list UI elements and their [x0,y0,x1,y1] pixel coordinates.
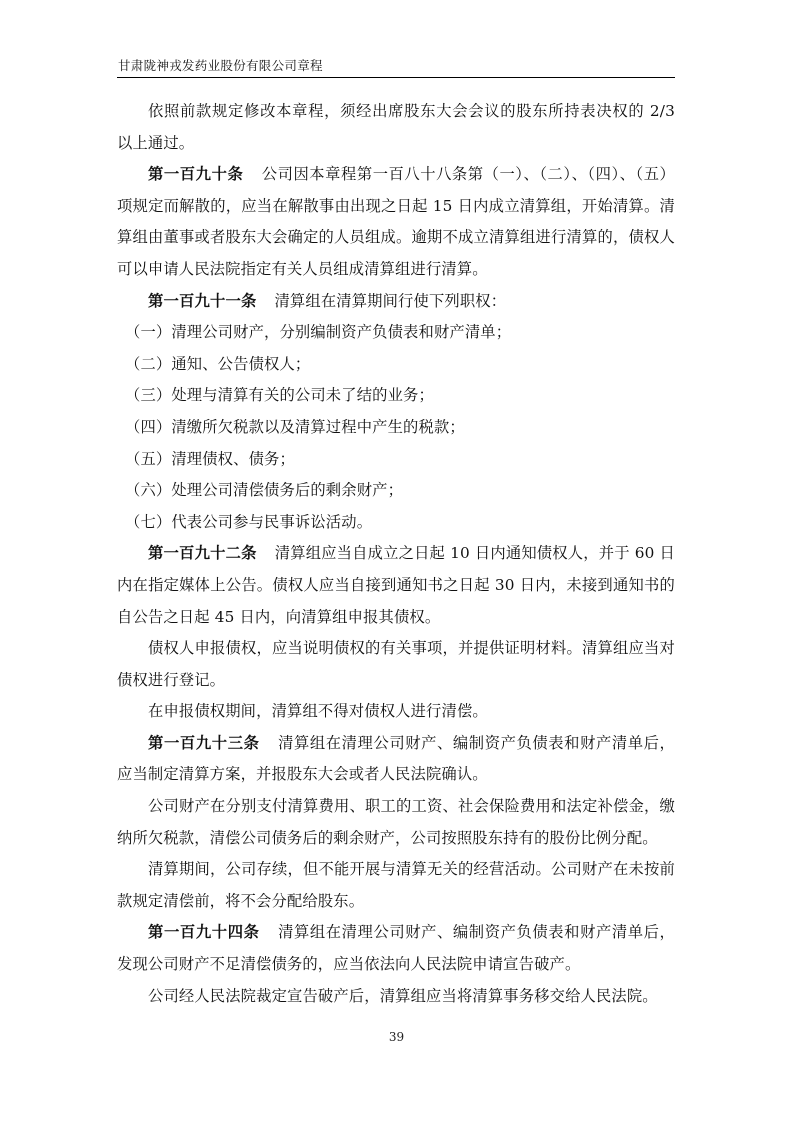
paragraph-liquidation-period: 清算期间，公司存续，但不能开展与清算无关的经营活动。公司财产在未按前款规定清偿前… [117,854,675,917]
paragraph-asset-distribution: 公司财产在分别支付清算费用、职工的工资、社会保险费用和法定补偿金，缴纳所欠税款，… [117,791,675,854]
list-item: （四）清缴所欠税款以及清算过程中产生的税款； [117,412,675,444]
list-item: （二）通知、公告债权人； [117,349,675,381]
page-number: 39 [0,1030,793,1044]
paragraph-claim-declaration: 债权人申报债权，应当说明债权的有关事项，并提供证明材料。清算组应当对债权进行登记… [117,633,675,696]
article-190: 第一百九十条公司因本章程第一百八十八条第（一）、（二）、（四）、（五）项规定而解… [117,159,675,285]
article-heading: 第一百九十四条 [148,923,260,941]
paragraph-text: 依照前款规定修改本章程，须经出席股东大会会议的股东所持表决权的 2/3 以上通过… [117,102,675,152]
list-item: （一）清理公司财产，分别编制资产负债表和财产清单； [117,317,675,349]
list-item: （七）代表公司参与民事诉讼活动。 [117,507,675,539]
page-header: 甘肃陇神戎发药业股份有限公司章程 [117,55,675,78]
list-item: （三）处理与清算有关的公司未了结的业务； [117,380,675,412]
article-heading: 第一百九十二条 [148,544,257,562]
article-heading: 第一百九十条 [148,165,243,183]
article-heading: 第一百九十一条 [148,292,256,310]
document-header-title: 甘肃陇神戎发药业股份有限公司章程 [118,56,323,74]
list-item: （六）处理公司清偿债务后的剩余财产； [117,475,675,507]
article-heading: 第一百九十三条 [148,734,260,752]
article-191: 第一百九十一条清算组在清算期间行使下列职权： [117,286,675,318]
document-body: 依照前款规定修改本章程，须经出席股东大会会议的股东所持表决权的 2/3 以上通过… [117,96,675,1012]
article-193: 第一百九十三条清算组在清理公司财产、编制资产负债表和财产清单后，应当制定清算方案… [117,728,675,791]
article-194: 第一百九十四条清算组在清理公司财产、编制资产负债表和财产清单后，发现公司财产不足… [117,917,675,980]
article-192: 第一百九十二条清算组应当自成立之日起 10 日内通知债权人，并于 60 日内在指… [117,538,675,633]
article-text: 清算组在清算期间行使下列职权： [274,292,506,310]
list-item: （五）清理债权、债务； [117,444,675,476]
paragraph-no-repayment: 在申报债权期间，清算组不得对债权人进行清偿。 [117,696,675,728]
paragraph-bankruptcy-transfer: 公司经人民法院裁定宣告破产后，清算组应当将清算事务移交给人民法院。 [117,981,675,1013]
paragraph-amendment-vote: 依照前款规定修改本章程，须经出席股东大会会议的股东所持表决权的 2/3 以上通过… [117,96,675,159]
